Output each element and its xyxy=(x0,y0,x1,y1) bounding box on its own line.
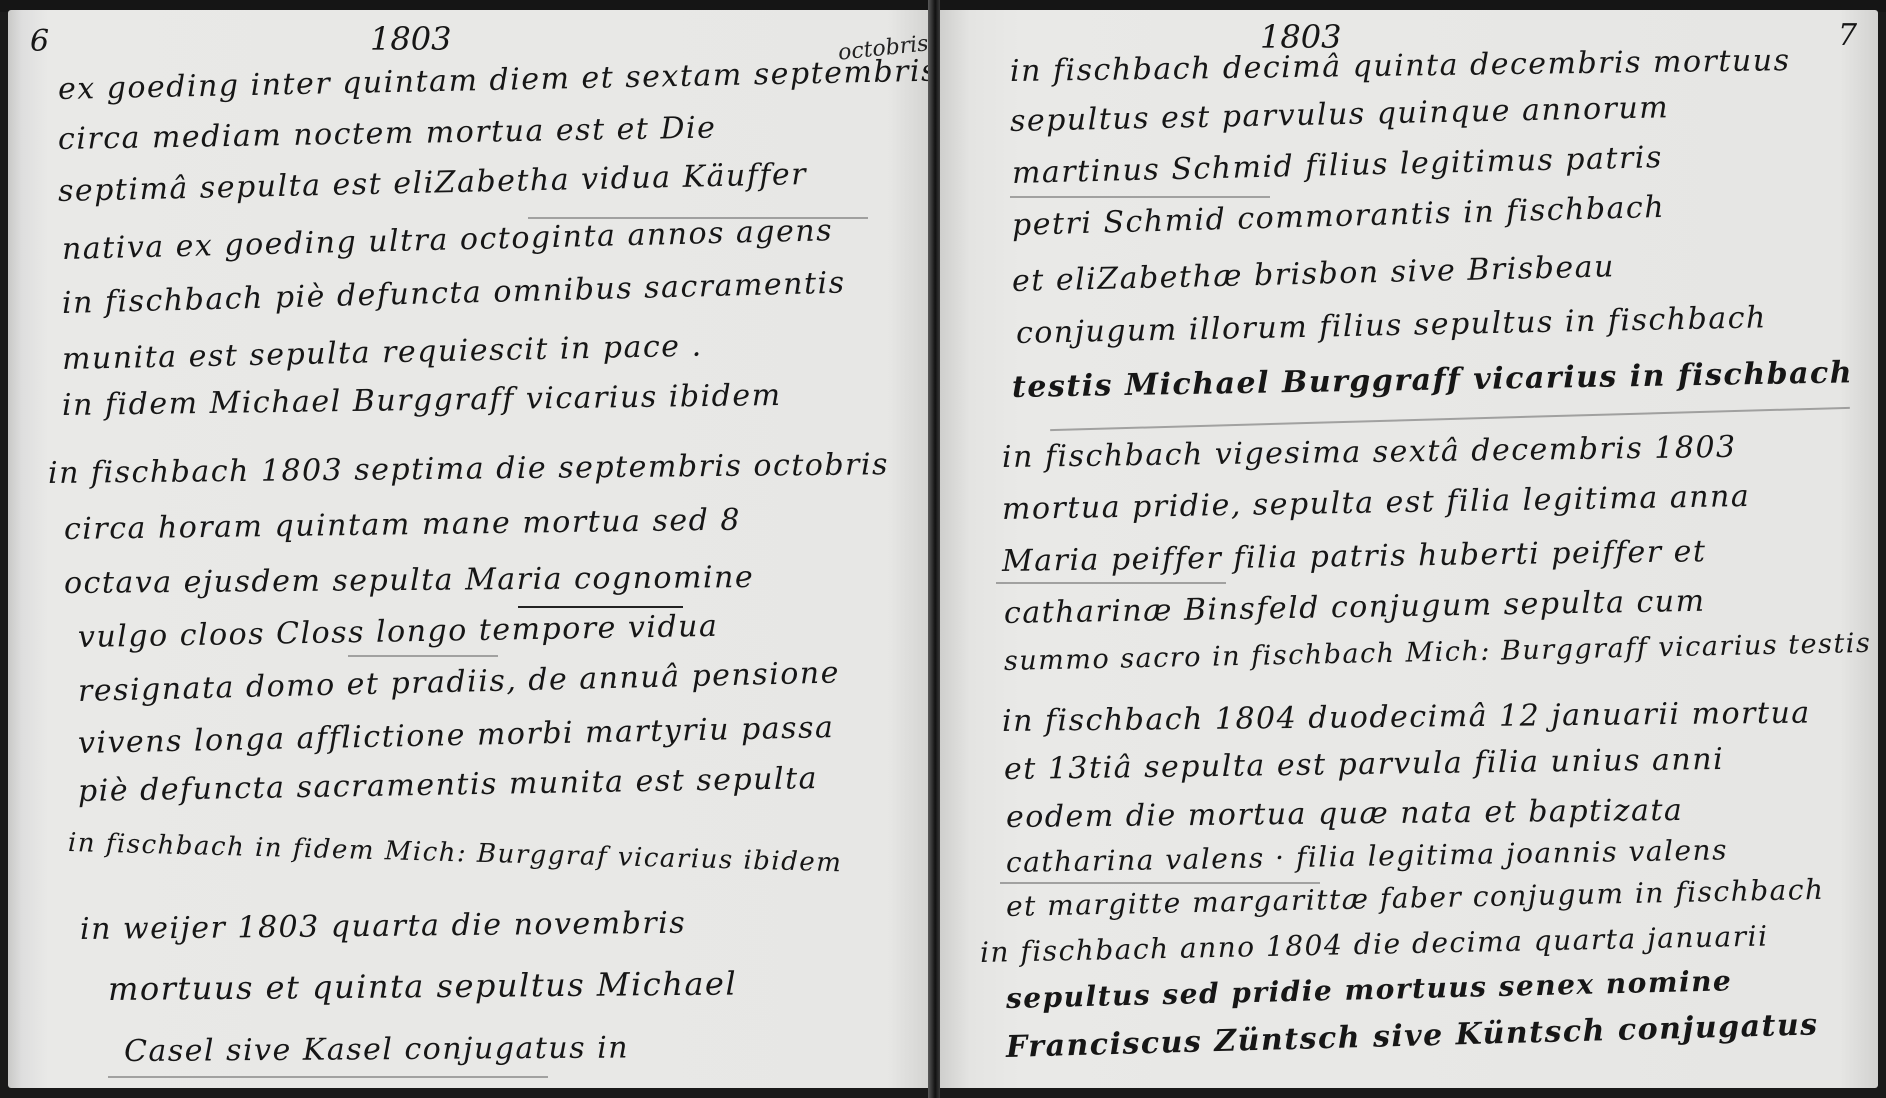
text-line: circa horam quintam mane mortua sed 8 xyxy=(64,503,741,547)
text-line: in fischbach piè defuncta omnibus sacram… xyxy=(62,265,846,321)
text-line: testis Michael Burggraff vicarius in fis… xyxy=(1012,355,1854,405)
text-line: septimâ sepulta est eliZabetha vidua Käu… xyxy=(58,157,808,209)
underline xyxy=(348,655,498,657)
text-line: vivens longa afflictione morbi martyriu … xyxy=(78,710,835,761)
text-line: ex goeding inter quintam diem et sextam … xyxy=(58,54,928,107)
text-line: et margitte margarittæ faber conjugum in… xyxy=(1006,873,1825,923)
underline xyxy=(518,606,683,608)
text-line: sepultus sed pridie mortuus senex nomine xyxy=(1006,964,1733,1015)
text-line: munita est sepulta requiescit in pace . xyxy=(62,329,703,377)
underline xyxy=(1010,196,1270,198)
book-gutter xyxy=(928,0,940,1098)
text-line: et eliZabethæ brisbon sive Brisbeau xyxy=(1012,249,1616,299)
page-number: 6 xyxy=(30,24,49,59)
text-line: Franciscus Züntsch sive Küntsch conjugat… xyxy=(1006,1007,1820,1065)
text-line: in weijer 1803 quarta die novembris xyxy=(80,906,687,947)
text-line: mortuus et quinta sepultus Michael xyxy=(108,965,737,1008)
text-line: mortua pridie, sepulta est filia legitim… xyxy=(1002,479,1751,527)
text-line: in fischbach decimâ quinta decembris mor… xyxy=(1010,43,1791,89)
text-line: Maria peiffer filia patris huberti peiff… xyxy=(1002,534,1707,579)
text-line: piè defuncta sacramentis munita est sepu… xyxy=(78,761,819,809)
text-line: octava ejusdem sepulta Maria cognomine xyxy=(64,560,754,601)
underline xyxy=(996,582,1226,584)
right-page: 7 1803 in fischbach decimâ quinta decemb… xyxy=(940,10,1878,1088)
text-line: vulgo cloos Closs longo tempore vidua xyxy=(78,609,719,655)
text-line: in fischbach vigesima sextâ decembris 18… xyxy=(1002,430,1737,475)
text-line: eodem die mortua quæ nata et baptizata xyxy=(1006,793,1684,835)
text-line: in fischbach anno 1804 die decima quarta… xyxy=(980,919,1769,969)
text-line: summo sacro in fischbach Mich: Burggraff… xyxy=(1004,628,1872,677)
text-line: in fischbach 1803 septima die septembris… xyxy=(48,447,889,491)
text-line: resignata domo et pradiis, de annuâ pens… xyxy=(78,655,841,709)
text-line: in fischbach 1804 duodecimâ 12 januarii … xyxy=(1002,696,1811,739)
text-line: conjugum illorum filius sepultus in fisc… xyxy=(1016,300,1767,351)
left-page: 6 1803 octobris ex goeding inter quintam… xyxy=(8,10,928,1088)
text-line: in fidem Michael Burggraff vicarius ibid… xyxy=(62,378,782,423)
text-line: catharina valens · filia legitima joanni… xyxy=(1006,833,1728,879)
text-line: catharinæ Binsfeld conjugum sepulta cum xyxy=(1004,584,1706,631)
divider-line xyxy=(1050,407,1850,431)
text-line: in fischbach in fidem Mich: Burggraf vic… xyxy=(68,828,843,878)
page-number: 7 xyxy=(1838,18,1857,53)
header-year: 1803 xyxy=(370,20,451,58)
underline xyxy=(108,1076,548,1078)
text-line: sepultus est parvulus quinque annorum xyxy=(1010,90,1670,139)
text-line: et 13tiâ sepulta est parvula filia unius… xyxy=(1004,742,1725,787)
text-line: circa mediam noctem mortua est et Die xyxy=(58,111,717,157)
text-line: nativa ex goeding ultra octoginta annos … xyxy=(62,213,834,267)
text-line: Casel sive Kasel conjugatus in xyxy=(124,1030,629,1069)
text-line: martinus Schmid filius legitimus patris xyxy=(1012,140,1664,191)
